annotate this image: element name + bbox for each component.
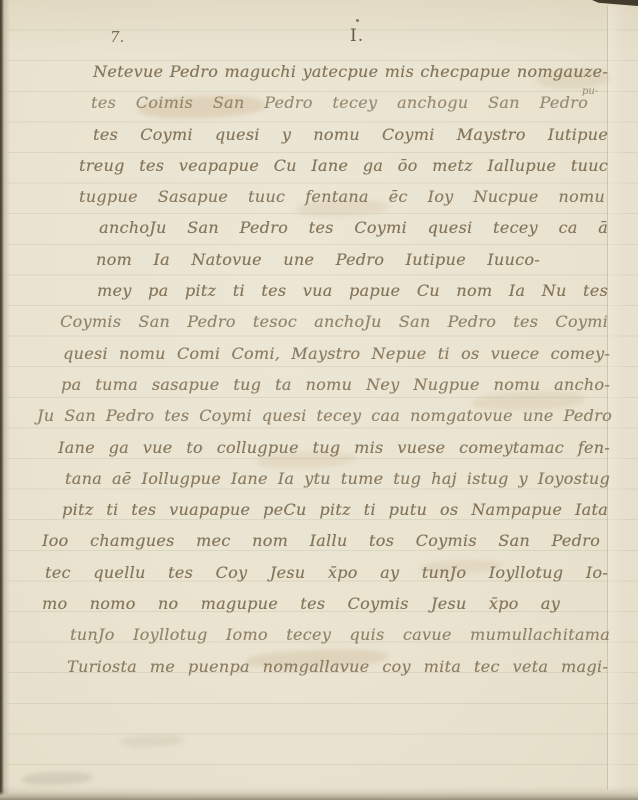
ink-speck: [356, 19, 359, 22]
page-number: 7.: [110, 28, 124, 46]
manuscript-line: tunJo Ioyllotug Iomo tecey quis cavue mu…: [70, 619, 610, 650]
manuscript-line: pa tuma sasapue tug ta nomu Ney Nugpue n…: [61, 369, 610, 400]
manuscript-line: Turiosta me puenpa nomgallavue coy mita …: [67, 651, 608, 682]
bleedthrough-mark: [120, 734, 184, 748]
manuscript-line: tugpue Sasapue tuuc fentana ēc Ioy Nucpu…: [79, 181, 605, 212]
manuscript-text: Netevue Pedro maguchi yatecpue mis checp…: [0, 56, 638, 682]
manuscript-line: tes Coimis San Pedro tecey anchogu San P…: [91, 87, 588, 118]
smudge-mark: [22, 771, 92, 786]
manuscript-page: 7. I. Netevue Pedro maguchi yatecpue mis…: [0, 0, 638, 800]
page-bottom-edge: [0, 786, 638, 800]
manuscript-line: Ju San Pedro tes Coymi quesi tecey caa n…: [37, 400, 612, 431]
manuscript-line: mo nomo no magupue tes Coymis Jesu x̄po …: [42, 588, 560, 619]
manuscript-line: nom Ia Natovue une Pedro Iutipue Iuuco-: [96, 244, 540, 275]
manuscript-line: tana aē Iollugpue Iane Ia ytu tume tug h…: [65, 463, 610, 494]
manuscript-line: tec quellu tes Coy Jesu x̄po ay tunJo Io…: [45, 557, 608, 588]
manuscript-line: Ioo chamgues mec nom Iallu tos Coymis Sa…: [42, 525, 600, 556]
manuscript-line: treug tes veapapue Cu Iane ga ōo metz Ia…: [79, 150, 608, 181]
manuscript-line: mey pa pitz ti tes vua papue Cu nom Ia N…: [97, 275, 608, 306]
section-numeral: I.: [350, 26, 364, 46]
manuscript-line: quesi nomu Comi Comi, Maystro Nepue ti o…: [63, 338, 610, 369]
manuscript-line: Iane ga vue to collugpue tug mis vuese c…: [58, 432, 610, 463]
interlinear-correction: pu-: [582, 86, 598, 97]
manuscript-line: pitz ti tes vuapapue peCu pitz ti putu o…: [62, 494, 608, 525]
manuscript-line: Netevue Pedro maguchi yatecpue mis checp…: [93, 56, 608, 87]
manuscript-line: tes Coymi quesi y nomu Coymi Maystro Iut…: [93, 119, 608, 150]
manuscript-line: anchoJu San Pedro tes Coymi quesi tecey …: [99, 212, 608, 243]
manuscript-line: Coymis San Pedro tesoc anchoJu San Pedro…: [60, 306, 608, 337]
